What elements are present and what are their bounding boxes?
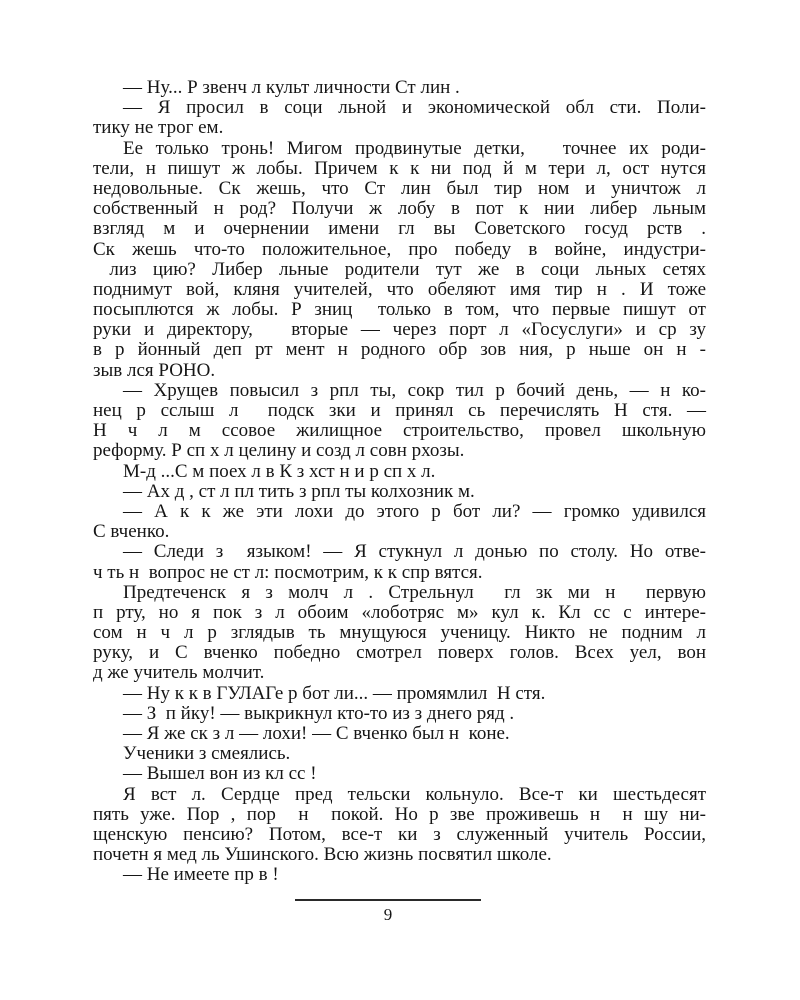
text-line: д же учитель молчит. [93, 663, 706, 683]
text-line: Предтеченск я з молч л . Стрельнул гл зк… [93, 583, 706, 603]
text-line: тику не трог ем. [93, 118, 706, 138]
text-line: — Ну к к в ГУЛАГе р бот ли... — промямли… [93, 684, 706, 704]
text-line: почетн я мед ль Ушинского. Всю жизнь пос… [93, 845, 706, 865]
text-line: Ее только тронь! Мигом продвинутые детки… [93, 139, 706, 159]
text-line: лиз цию? Либер льные родители тут же в с… [93, 260, 706, 280]
text-line: щенскую пенсию? Потом, все-т ки з служен… [93, 825, 706, 845]
text-line: пять уже. Пор , пор н покой. Но р зве пр… [93, 805, 706, 825]
text-line: поднимут вой, кляня учителей, что обеляю… [93, 280, 706, 300]
text-line: руки и директору, вторые — через порт л … [93, 320, 706, 340]
book-page-text: — Ну... Р звенч л культ личности Ст лин … [93, 78, 706, 886]
text-line: Я вст л. Сердце пред тельски кольнуло. В… [93, 785, 706, 805]
text-line: нец р сслыш л подск зки и принял сь пере… [93, 401, 706, 421]
text-line: зыв лся РОНО. [93, 361, 706, 381]
text-line: — Я же ск з л — лохи! — С вченко был н к… [93, 724, 706, 744]
text-line: — Ну... Р звенч л культ личности Ст лин … [93, 78, 706, 98]
text-line: — Следи з языком! — Я стукнул л донью по… [93, 542, 706, 562]
text-line: собственный н род? Получи ж лобу в пот к… [93, 199, 706, 219]
text-line: — А к к же эти лохи до этого р бот ли? —… [93, 502, 706, 522]
text-line: взгляд м и очернении имени гл вы Советск… [93, 219, 706, 239]
text-line: реформу. Р сп х л целину и созд л совн р… [93, 441, 706, 461]
text-line: М-д ...С м поех л в К з хст н и р сп х л… [93, 462, 706, 482]
text-line: — Не имеете пр в ! [93, 865, 706, 885]
text-line: Н ч л м ссовое жилищное строительство, п… [93, 421, 706, 441]
page-number: 9 [295, 904, 481, 926]
text-line: — З п йку! — выкрикнул кто-то из з днего… [93, 704, 706, 724]
text-line: руку, и С вченко победно смотрел поверх … [93, 643, 706, 663]
text-line: недовольные. Ск жешь, что Ст лин был тир… [93, 179, 706, 199]
text-line: С вченко. [93, 522, 706, 542]
text-line: в р йонный деп рт мент н родного обр зов… [93, 340, 706, 360]
text-line: п рту, но я пок з л обоим «лоботряс м» к… [93, 603, 706, 623]
text-line: посыплются ж лобы. Р зниц только в том, … [93, 300, 706, 320]
text-line: — Ах д , ст л пл тить з рпл ты колхозник… [93, 482, 706, 502]
text-line: тели, н пишут ж лобы. Причем к к ни под … [93, 159, 706, 179]
text-line: Ученики з смеялись. [93, 744, 706, 764]
text-line: сом н ч л р зглядыв ть мнущуюся ученицу.… [93, 623, 706, 643]
text-line: — Хрущев повысил з рпл ты, сокр тил р бо… [93, 381, 706, 401]
text-line: ч ть н вопрос не ст л: посмотрим, к к сп… [93, 563, 706, 583]
text-line: — Я просил в соци льной и экономической … [93, 98, 706, 118]
text-line: Ск жешь что-то положительное, про победу… [93, 240, 706, 260]
text-line: — Вышел вон из кл сс ! [93, 764, 706, 784]
footer-divider [295, 899, 481, 901]
